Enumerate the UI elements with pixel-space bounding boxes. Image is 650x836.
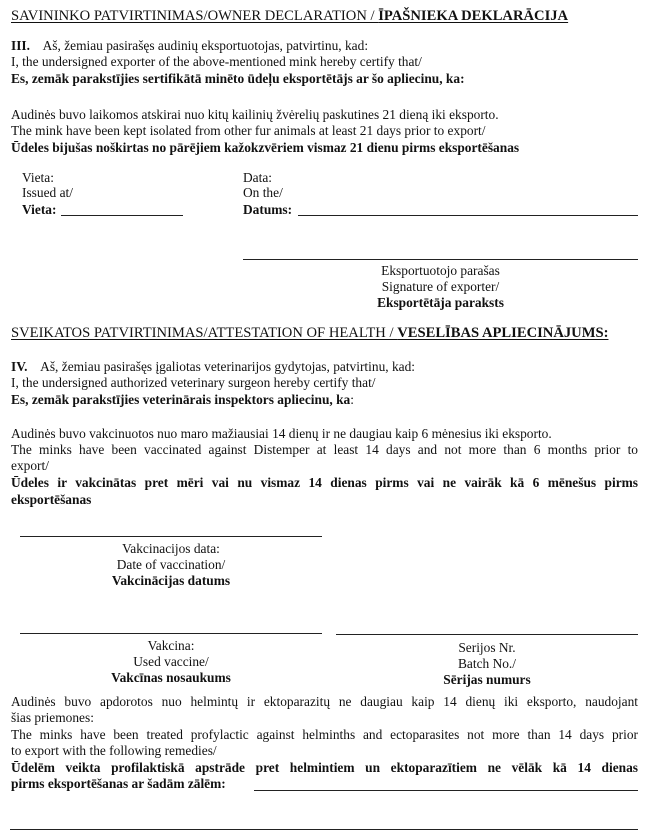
signature-label-lt: Eksportuotojo parašas	[243, 263, 638, 279]
health-intro-lv: Es, zemāk parakstījies veterinārais insp…	[11, 392, 354, 408]
batch-label-lv: Sērijas numurs	[336, 672, 638, 688]
place-label-en: Issued at/	[22, 185, 73, 201]
isolation-statement-lt: Audinės buvo laikomos atskirai nuo kitų …	[11, 107, 499, 123]
place-field[interactable]	[61, 215, 183, 216]
isolation-statement-lv: Ūdeles bijušas noškirtas no pārējiem kaž…	[11, 140, 519, 156]
exporter-signature-field[interactable]	[243, 259, 638, 260]
section-number: III.	[11, 38, 30, 53]
vaccination-statement-lv-2: eksportēšanas	[11, 492, 91, 508]
date-label-lv: Datums:	[243, 202, 292, 218]
vaccination-statement-en-1: The minks have been vaccinated against D…	[11, 442, 638, 458]
batch-label-lt: Serijos Nr.	[336, 640, 638, 656]
signature-label-en: Signature of exporter/	[243, 279, 638, 295]
vaccination-statement-lt: Audinės buvo vakcinuotos nuo maro mažiau…	[11, 426, 552, 442]
place-label-lt: Vieta:	[22, 170, 54, 186]
owner-intro-lv: Es, zemāk parakstījies sertifikātā minēt…	[11, 71, 465, 87]
vaccine-label-lv: Vakcīnas nosaukums	[20, 670, 322, 686]
heading-text: SVEIKATOS PATVIRTINIMAS/ATTESTATION OF H…	[11, 325, 397, 341]
batch-number-field[interactable]	[336, 634, 638, 635]
heading-text-lv: VESELĪBAS APLIECINĀJUMS:	[397, 325, 608, 341]
vaccination-statement-en-2: export/	[11, 458, 49, 474]
heading-text: SAVININKO PATVIRTINIMAS/OWNER DECLARATIO…	[11, 8, 378, 24]
treatment-statement-lt-1: Audinės buvo apdorotos nuo helmintų ir e…	[11, 694, 638, 710]
place-label-lv: Vieta:	[22, 202, 56, 218]
owner-declaration-heading: SAVININKO PATVIRTINIMAS/OWNER DECLARATIO…	[11, 8, 568, 24]
owner-intro-en: I, the undersigned exporter of the above…	[11, 54, 422, 70]
vaccination-date-label-lt: Vakcinacijos data:	[20, 541, 322, 557]
owner-intro-lt: III. Aš, žemiau pasirašęs audinių ekspor…	[11, 38, 368, 54]
vaccine-label-en: Used vaccine/	[20, 654, 322, 670]
vaccination-date-label-lv: Vakcinācijas datums	[20, 573, 322, 589]
date-label-lt: Data:	[243, 170, 272, 186]
batch-label-en: Batch No./	[336, 656, 638, 672]
vaccine-field[interactable]	[20, 633, 322, 634]
date-label-en: On the/	[243, 185, 283, 201]
vaccination-statement-lv-1: Ūdeles ir vakcinātas pret mēri vai nu vi…	[11, 475, 638, 491]
remedies-field[interactable]	[254, 790, 638, 791]
vaccine-label-lt: Vakcina:	[20, 638, 322, 654]
intro-lv-tail: :	[350, 392, 354, 407]
date-field[interactable]	[298, 215, 638, 216]
intro-lt-text: Aš, žemiau pasirašęs įgaliotas veterinar…	[40, 359, 415, 374]
isolation-statement-en: The mink have been kept isolated from ot…	[11, 123, 486, 139]
signature-label-lv: Eksportētāja paraksts	[243, 295, 638, 311]
heading-text-lv: ĪPAŠNIEKA DEKLARĀCIJA	[378, 8, 568, 24]
treatment-statement-lv-1: Ūdelēm veikta profilaktiskā apstrāde pre…	[11, 760, 638, 776]
treatment-statement-en-2: to export with the following remedies/	[11, 743, 217, 759]
health-intro-lt: IV. Aš, žemiau pasirašęs įgaliotas veter…	[11, 359, 415, 375]
intro-lv-text: Es, zemāk parakstījies veterinārais insp…	[11, 392, 350, 407]
intro-lt-text: Aš, žemiau pasirašęs audinių eksportuoto…	[43, 38, 368, 53]
treatment-statement-lv-2: pirms eksportēšanas ar šadām zālēm:	[11, 776, 226, 792]
vaccination-date-field[interactable]	[20, 536, 322, 537]
remedies-field-continued[interactable]	[10, 829, 638, 830]
health-intro-en: I, the undersigned authorized veterinary…	[11, 375, 376, 391]
vaccination-date-label-en: Date of vaccination/	[20, 557, 322, 573]
section-number: IV.	[11, 359, 28, 374]
treatment-statement-en-1: The minks have been treated profylactic …	[11, 727, 638, 743]
treatment-statement-lt-2: šias priemones:	[11, 710, 94, 726]
health-attestation-heading: SVEIKATOS PATVIRTINIMAS/ATTESTATION OF H…	[11, 325, 608, 341]
